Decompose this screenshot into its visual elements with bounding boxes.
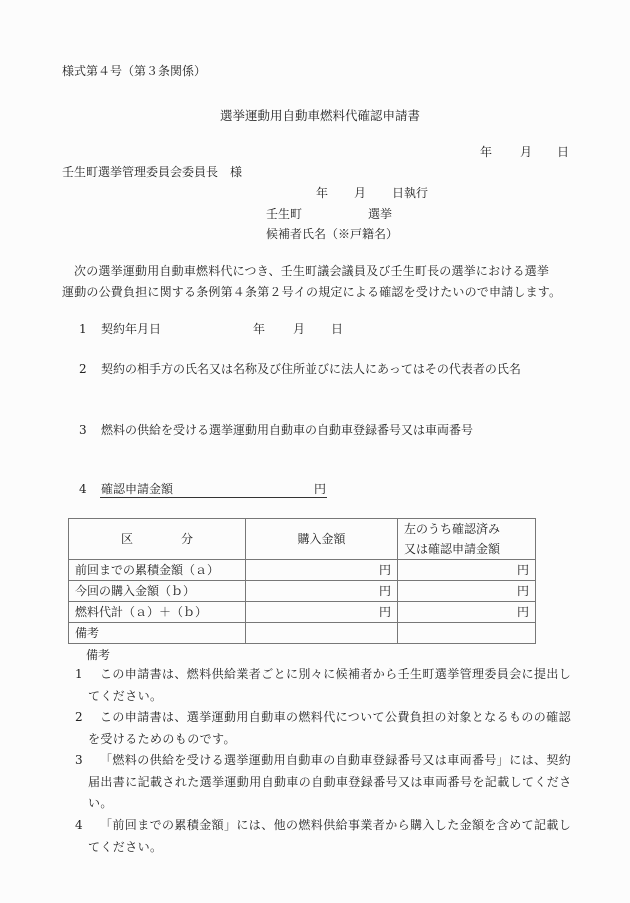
statement-line-2: 運動の公費負担に関する条例第４条第２号イの規定による確認を受けたいので申請します… xyxy=(62,285,561,299)
contract-day-label: 日 xyxy=(331,322,343,336)
purchase-amount-cell[interactable]: 円 xyxy=(246,602,398,623)
election-label: 選挙 xyxy=(368,207,392,221)
note-text: 「前回までの累積金額」には、他の燃料供給事業者から購入した金額を含めて記載してく… xyxy=(75,815,575,858)
requested-amount-field[interactable]: 確認申請金額 円 xyxy=(100,482,327,498)
table-header-row: 区 分 購入金額 左のうち確認済み 又は確認申請金額 xyxy=(69,519,536,560)
election-day-label: 日執行 xyxy=(392,186,428,200)
note-text: この申請書は、選挙運動用自動車の燃料代について公費負担の対象となるものの確認を受… xyxy=(75,707,575,750)
requested-amount-label: 確認申請金額 xyxy=(101,482,173,496)
purchase-amount-cell[interactable]: 円 xyxy=(246,581,398,602)
remarks-cell[interactable] xyxy=(398,623,536,644)
item-number: 4 xyxy=(79,482,87,496)
table-row: 今回の購入金額（ｂ） 円 円 xyxy=(69,581,536,602)
note-text: この申請書は、燃料供給業者ごとに別々に候補者から壬生町選挙管理委員会に提出してく… xyxy=(75,664,575,707)
item-number: 3 xyxy=(79,423,87,437)
candidate-name-label: 候補者氏名（※戸籍名） xyxy=(266,227,398,241)
note-number: 1 xyxy=(75,664,83,686)
header-confirmed-line-2: 又は確認申請金額 xyxy=(404,542,500,556)
table-row: 燃料代計（ａ）＋（ｂ） 円 円 xyxy=(69,602,536,623)
table-row: 備考 xyxy=(69,623,536,644)
date-year-label: 年 xyxy=(480,145,492,159)
note-number: 3 xyxy=(75,750,83,772)
row-label: 燃料代計（ａ）＋（ｂ） xyxy=(69,602,246,623)
date-day-label: 日 xyxy=(557,145,569,159)
confirmed-amount-cell[interactable]: 円 xyxy=(398,560,536,581)
notes-heading: 備考 xyxy=(86,648,110,662)
remarks-cell[interactable] xyxy=(246,623,398,644)
contract-month-label: 月 xyxy=(293,322,305,336)
fuel-cost-table: 区 分 購入金額 左のうち確認済み 又は確認申請金額 前回までの累積金額（ａ） … xyxy=(68,518,536,644)
note-text: 「燃料の供給を受ける選挙運動用自動車の自動車登録番号又は車両番号」には、契約届出… xyxy=(75,750,575,815)
date-month-label: 月 xyxy=(520,145,532,159)
purchase-amount-cell[interactable]: 円 xyxy=(246,560,398,581)
header-category: 区 分 xyxy=(69,519,246,560)
note-item: 3 「燃料の供給を受ける選挙運動用自動車の自動車登録番号又は車両番号」には、契約… xyxy=(75,750,575,815)
header-confirmed-line-1: 左のうち確認済み xyxy=(404,522,500,536)
item-number: 2 xyxy=(79,362,87,376)
note-number: 4 xyxy=(75,815,83,837)
addressee: 壬生町選挙管理委員会委員長 様 xyxy=(62,165,242,179)
row-label: 今回の購入金額（ｂ） xyxy=(69,581,246,602)
table-row: 前回までの累積金額（ａ） 円 円 xyxy=(69,560,536,581)
town-label: 壬生町 xyxy=(266,207,302,221)
note-item: 4 「前回までの累積金額」には、他の燃料供給事業者から購入した金額を含めて記載し… xyxy=(75,815,575,858)
contract-year-label: 年 xyxy=(253,322,265,336)
document-title: 選挙運動用自動車燃料代確認申請書 xyxy=(220,109,420,123)
election-month-label: 月 xyxy=(354,186,366,200)
contractor-label: 契約の相手方の氏名又は名称及び住所並びに法人にあってはその代表者の氏名 xyxy=(101,362,521,376)
contract-date-label: 契約年月日 xyxy=(101,322,161,336)
form-number: 様式第４号（第３条関係） xyxy=(62,64,206,78)
row-label: 前回までの累積金額（ａ） xyxy=(69,560,246,581)
header-purchase-amount: 購入金額 xyxy=(246,519,398,560)
election-year-label: 年 xyxy=(316,186,328,200)
confirmed-amount-cell[interactable]: 円 xyxy=(398,581,536,602)
vehicle-number-label: 燃料の供給を受ける選挙運動用自動車の自動車登録番号又は車両番号 xyxy=(101,423,473,437)
header-confirmed-amount: 左のうち確認済み 又は確認申請金額 xyxy=(398,519,536,560)
row-label: 備考 xyxy=(69,623,246,644)
item-number: 1 xyxy=(79,322,87,336)
statement-line-1: 次の選挙運動用自動車燃料代につき、壬生町議会議員及び壬生町長の選挙における選挙 xyxy=(74,264,549,278)
note-number: 2 xyxy=(75,707,83,729)
note-item: 2 この申請書は、選挙運動用自動車の燃料代について公費負担の対象となるものの確認… xyxy=(75,707,575,750)
yen-unit: 円 xyxy=(314,482,326,496)
confirmed-amount-cell[interactable]: 円 xyxy=(398,602,536,623)
note-item: 1 この申請書は、燃料供給業者ごとに別々に候補者から壬生町選挙管理委員会に提出し… xyxy=(75,664,575,707)
